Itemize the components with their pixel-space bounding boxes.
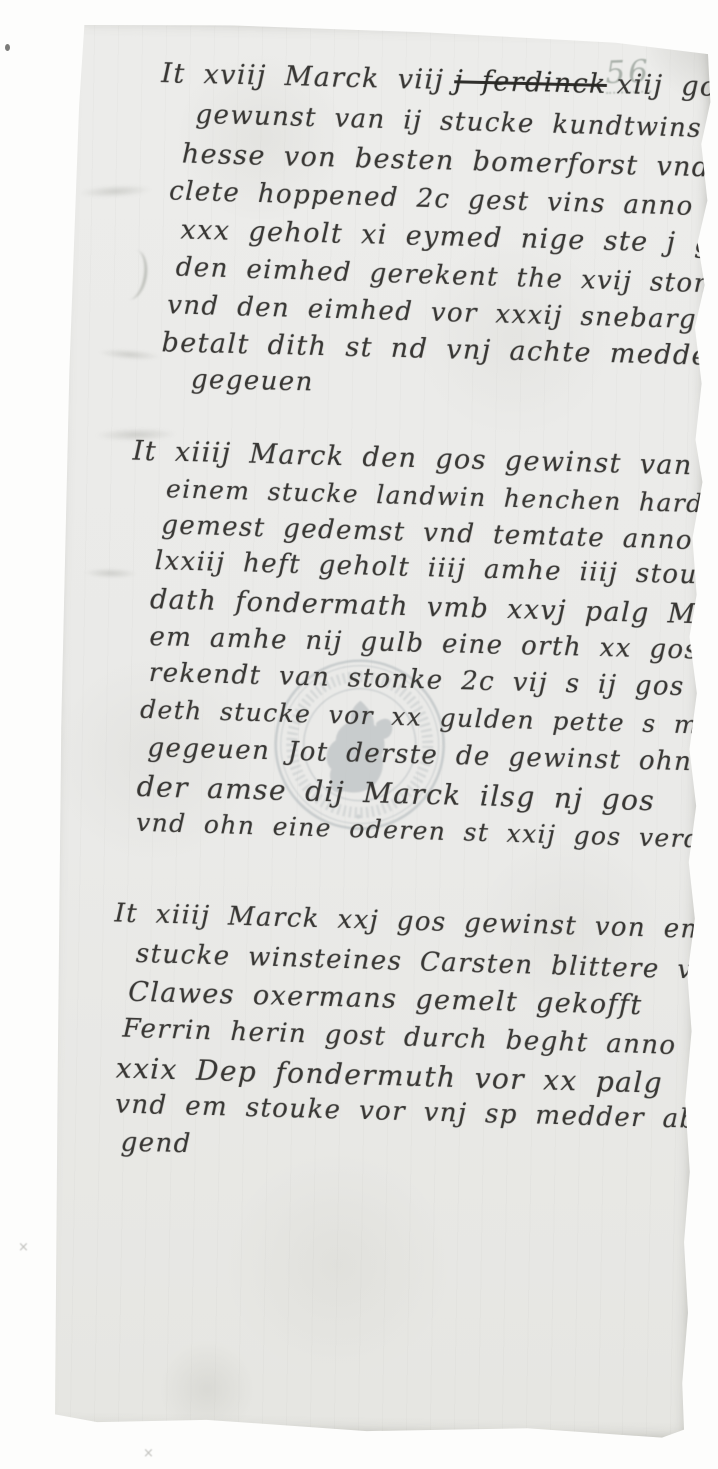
pencil-x-mark: ×: [143, 1446, 154, 1461]
manuscript-line: It xiiij Marck den gos gewinst van: [132, 436, 693, 482]
manuscript-line: gend: [120, 1128, 192, 1160]
manuscript-paper: 56 It xviij Marck viijj ferdinckxiij gos…: [46, 21, 712, 1440]
manuscript-line: gewunst van ij stucke kundtwins ge: [195, 100, 718, 146]
account-entry-1: It xviij Marck viijj ferdinckxiij gos ge…: [70, 21, 712, 32]
line-text: It xviij Marck viij: [161, 58, 445, 96]
manuscript-line: Clawes oxermans gemelt gekofft: [128, 977, 643, 1021]
manuscript-line: gegeuen: [191, 365, 314, 398]
manuscript-line: hesse von besten bomerforst vnd: [181, 138, 710, 183]
ink-showthrough-mark: [114, 248, 150, 302]
manuscript-line: It xiiij Marck xxj gos gewinst von eme: [114, 898, 718, 945]
scanned-manuscript-screenshot: { "page_number": "56", "transcription_no…: [0, 0, 718, 1469]
account-entry-2: It xiiij Marck den gos gewinst van einem…: [70, 21, 712, 32]
ink-showthrough-mark: [81, 566, 141, 581]
ink-showthrough-mark: [75, 181, 156, 201]
account-entry-3: It xiiij Marck xxj gos gewinst von eme s…: [70, 21, 712, 32]
pencil-x-mark: ×: [18, 1240, 29, 1255]
scanner-speck: [5, 44, 10, 51]
ink-showthrough-mark: [94, 345, 165, 364]
strikethrough-correction: j ferdinck: [454, 65, 607, 100]
line-text: xiij gos: [616, 69, 718, 103]
